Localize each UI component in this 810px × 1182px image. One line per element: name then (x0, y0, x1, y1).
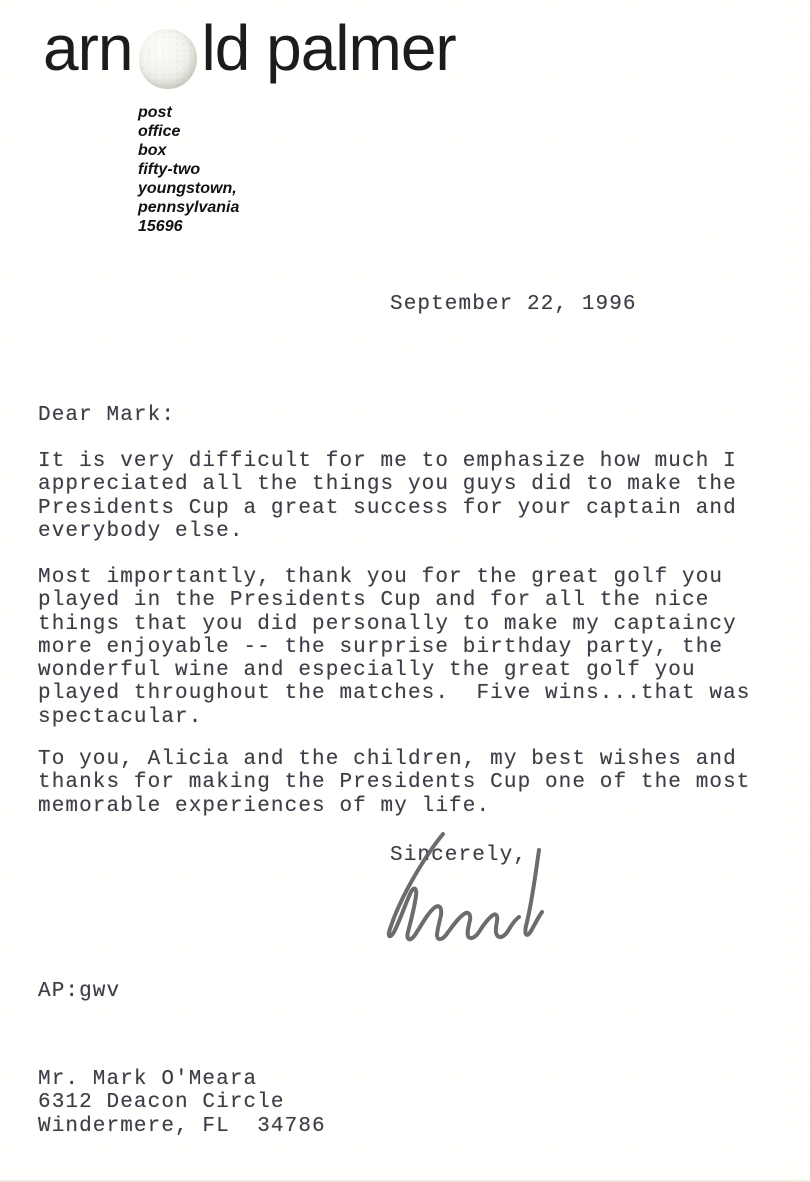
scan-noise-bottom-edge (0, 1170, 810, 1182)
signature-ascender-stroke (525, 850, 542, 935)
handwritten-signature-arnold (345, 828, 575, 953)
scan-noise-right-edge (793, 0, 809, 1182)
recipient-address: Mr. Mark O'Meara 6312 Deacon Circle Wind… (38, 1068, 326, 1138)
letter-paragraph-1: It is very difficult for me to emphasize… (38, 450, 737, 543)
scanned-letter-page: arn ld palmer post office box fifty-two … (0, 0, 810, 1182)
letterhead-address: post office box fifty-two youngstown, pe… (138, 103, 239, 236)
signature-main-stroke (389, 834, 519, 939)
letter-paragraph-2: Most importantly, thank you for the grea… (38, 566, 751, 729)
letter-paragraph-3: To you, Alicia and the children, my best… (38, 748, 751, 818)
letterhead-name-part2: ld palmer (202, 16, 456, 80)
letter-salutation: Dear Mark: (38, 404, 175, 427)
golf-ball-icon (139, 29, 197, 89)
letter-date: September 22, 1996 (390, 293, 637, 316)
reference-initials: AP:gwv (38, 980, 120, 1003)
letterhead: arn ld palmer (43, 16, 456, 89)
letterhead-name-part1: arn (43, 16, 133, 80)
